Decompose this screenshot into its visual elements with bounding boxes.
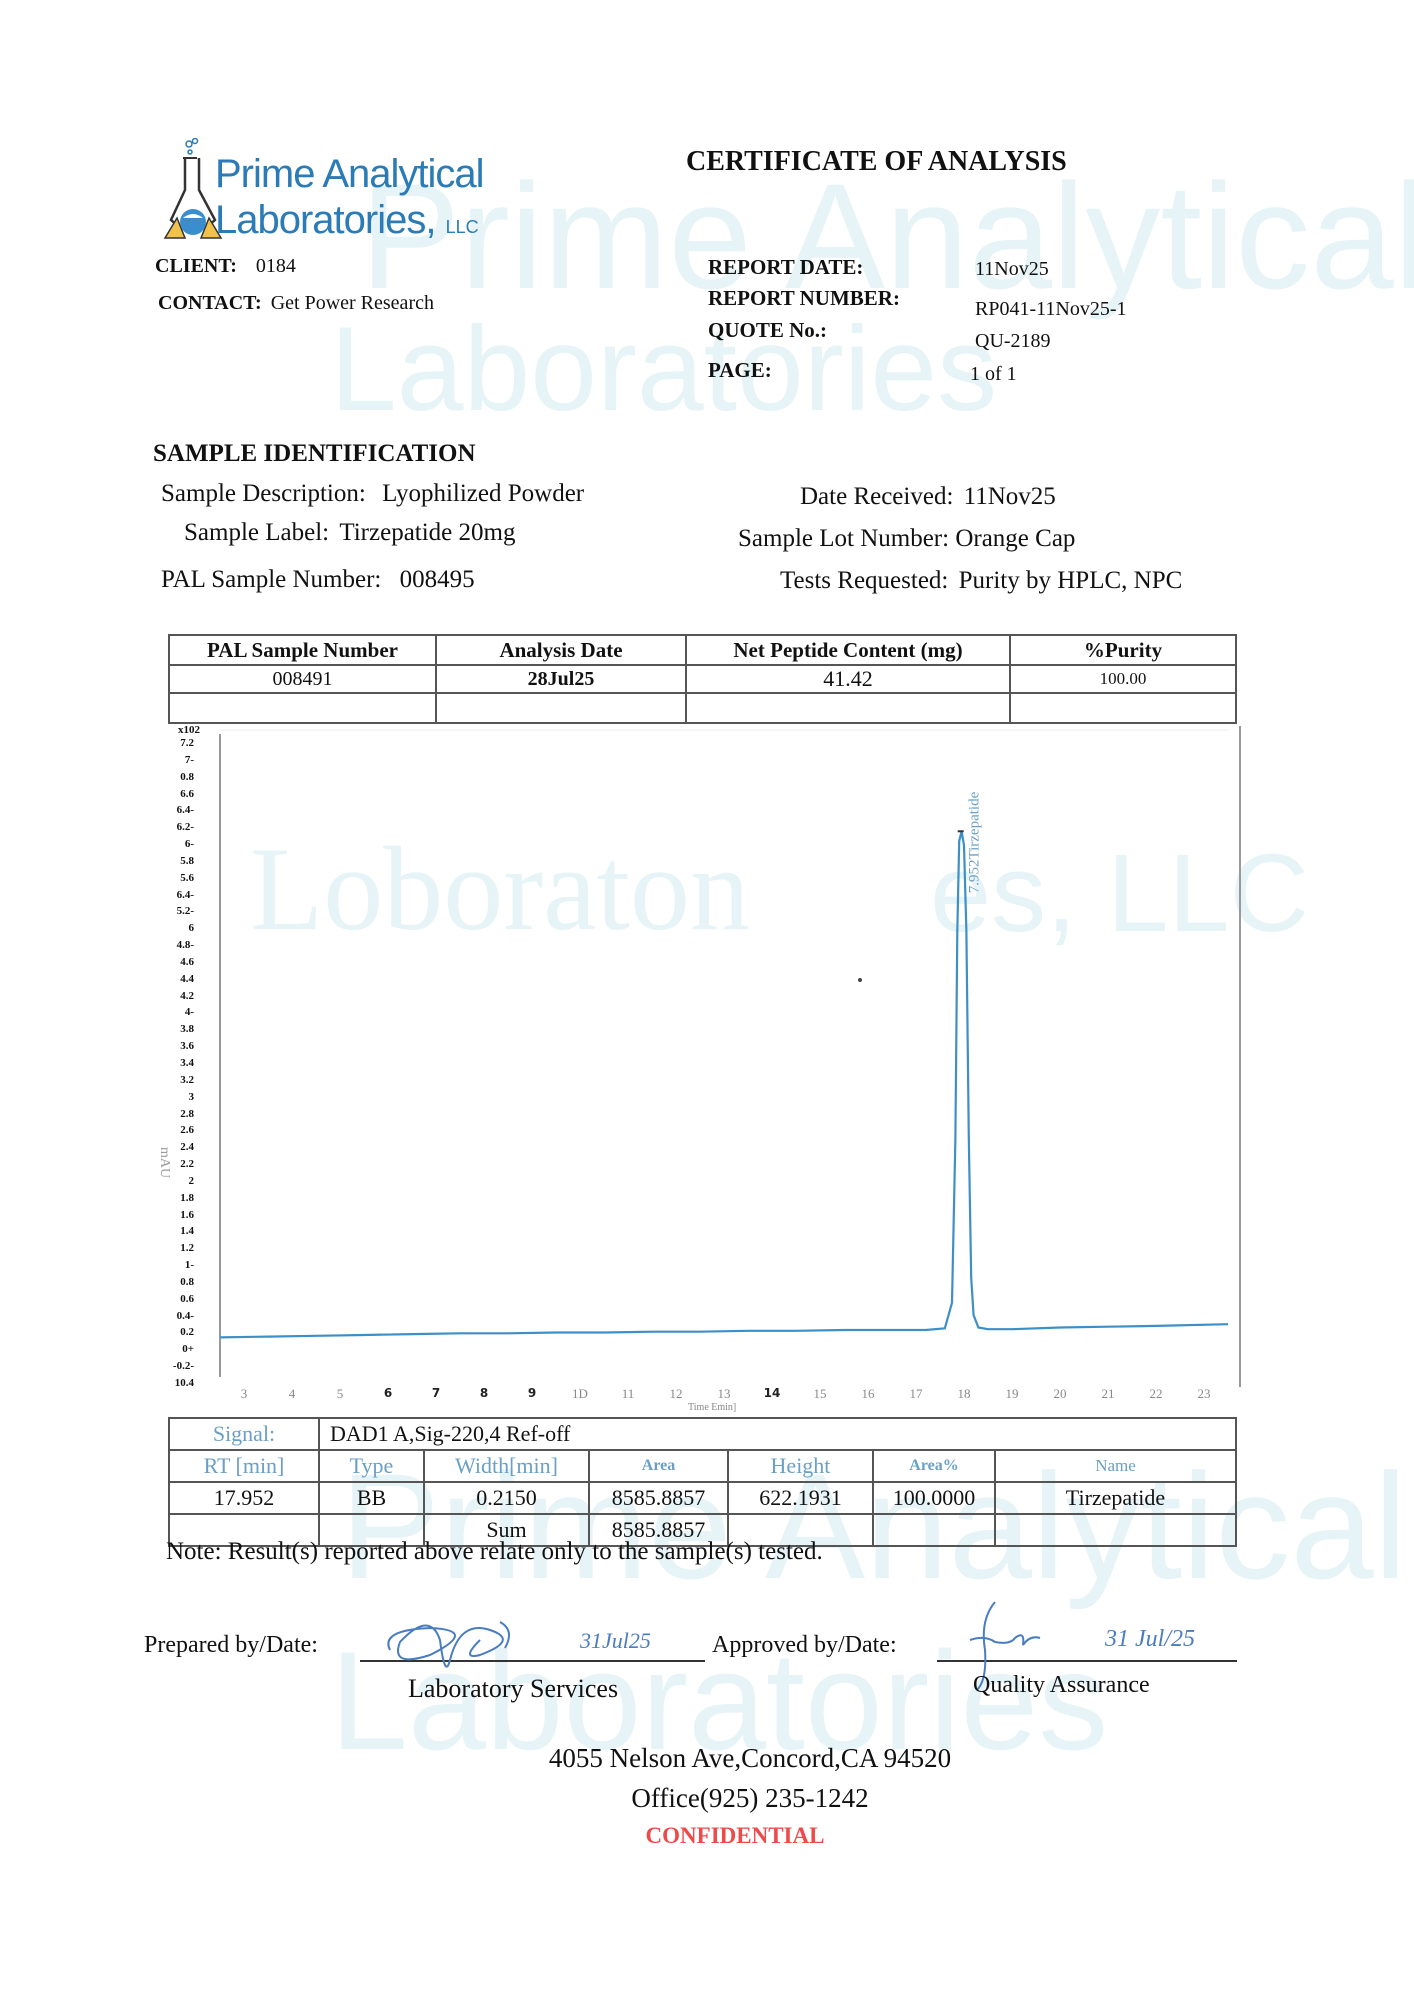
pal-sample-number-label: PAL Sample Number: [161, 566, 381, 593]
approved-date: 31 Jul/25 [1105, 1626, 1195, 1653]
sample-lot-value: Orange Cap [955, 525, 1075, 552]
header-rt: RT [min] [169, 1450, 319, 1482]
sample-description-value: Lyophilized Powder [382, 480, 584, 507]
approved-by-label: Approved by/Date: [712, 1632, 897, 1659]
header-height: Height [728, 1450, 873, 1482]
cell-analysis-date: 28Jul25 [436, 665, 686, 693]
x-tick-label: 13 [718, 1386, 731, 1402]
table-row [169, 693, 1236, 723]
company-logo: Prime Analytical Laboratories, LLC [163, 138, 463, 250]
quote-value: QU-2189 [975, 330, 1051, 353]
peak-table-header: RT [min] Type Width[min] Area Height Are… [169, 1450, 1236, 1482]
x-tick-label: 22 [1150, 1386, 1163, 1402]
cell-purity: 100.00 [1010, 665, 1236, 693]
sample-lot-label: Sample Lot Number: [738, 525, 949, 552]
client-value: 0184 [256, 255, 296, 277]
sample-description: Sample Description: Lyophilized Powder [161, 480, 584, 508]
approved-role: Quality Assurance [973, 1672, 1150, 1699]
prepared-signature-icon [370, 1600, 570, 1680]
logo-line2-text: Laboratories, [215, 198, 435, 242]
cell-area: 8585.8857 [589, 1482, 728, 1514]
cell-rt: 17.952 [169, 1482, 319, 1514]
pal-sample-number-value: 008495 [400, 566, 475, 593]
page-value: 1 of 1 [970, 363, 1017, 386]
x-tick-label: 1D [572, 1386, 588, 1402]
logo-suffix: LLC [446, 217, 479, 237]
x-tick-label: 11 [622, 1386, 635, 1402]
x-tick-label: 12 [670, 1386, 683, 1402]
x-tick-label: 8 [480, 1386, 488, 1400]
report-number-value: RP041-11Nov25-1 [975, 298, 1126, 321]
header-net-peptide-content: Net Peptide Content (mg) [686, 635, 1010, 665]
x-tick-label: 17 [910, 1386, 923, 1402]
header-width: Width[min] [424, 1450, 589, 1482]
x-tick-label: 5 [337, 1386, 344, 1402]
report-date-value: 11Nov25 [975, 258, 1049, 281]
x-tick-label: 7 [432, 1386, 440, 1400]
x-tick-label: 18 [958, 1386, 971, 1402]
date-received: Date Received: 11Nov25 [800, 483, 1056, 511]
sample-lot-number: Sample Lot Number: Orange Cap [738, 525, 1075, 553]
signal-label: Signal: [169, 1418, 319, 1450]
report-date-label: REPORT DATE: [708, 255, 863, 280]
x-tick-label: 9 [528, 1386, 536, 1400]
cell-name: Tirzepatide [995, 1482, 1236, 1514]
sample-identification-heading: SAMPLE IDENTIFICATION [153, 440, 476, 468]
quote-label: QUOTE No.: [708, 318, 827, 343]
contact-row: CONTACT: Get Power Research [158, 292, 434, 315]
footer-address: 4055 Nelson Ave,Concord,CA 94520 [0, 1743, 1414, 1774]
results-table: PAL Sample Number Analysis Date Net Pept… [168, 634, 1237, 724]
x-tick-label: 15 [814, 1386, 827, 1402]
results-note: Note: Result(s) reported above relate on… [166, 1538, 823, 1566]
cell-width: 0.2150 [424, 1482, 589, 1514]
signal-value: DAD1 A,Sig-220,4 Ref-off [319, 1418, 1236, 1450]
tests-requested: Tests Requested: Purity by HPLC, NPC [780, 567, 1182, 595]
header-purity: %Purity [1010, 635, 1236, 665]
cell-empty [873, 1514, 995, 1546]
cell-empty [169, 693, 436, 723]
client-label: CLIENT: [155, 255, 237, 277]
contact-label: CONTACT: [158, 292, 262, 314]
report-number-label: REPORT NUMBER: [708, 286, 900, 311]
date-received-value: 11Nov25 [964, 483, 1056, 510]
header-area: Area [589, 1450, 728, 1482]
results-table-header: PAL Sample Number Analysis Date Net Pept… [169, 635, 1236, 665]
footer-phone: Office(925) 235-1242 [0, 1783, 1414, 1814]
header-area-percent: Area% [873, 1450, 995, 1482]
table-row: 008491 28Jul25 41.42 100.00 [169, 665, 1236, 693]
cell-empty [1010, 693, 1236, 723]
sample-description-label: Sample Description: [161, 480, 366, 507]
date-received-label: Date Received: [800, 483, 953, 510]
client-row: CLIENT: 0184 [155, 255, 296, 278]
logo-line1: Prime Analytical [215, 152, 484, 197]
cell-empty [995, 1514, 1236, 1546]
x-axis-label: Time Emin] [688, 1402, 736, 1413]
table-row: 17.952 BB 0.2150 8585.8857 622.1931 100.… [169, 1482, 1236, 1514]
tests-requested-value: Purity by HPLC, NPC [959, 567, 1183, 594]
logo-line2: Laboratories, LLC [215, 198, 479, 243]
watermark-top-2: Laboratories [330, 300, 997, 438]
cell-type: BB [319, 1482, 424, 1514]
cell-height: 622.1931 [728, 1482, 873, 1514]
pal-sample-number: PAL Sample Number: 008495 [161, 566, 475, 594]
header-analysis-date: Analysis Date [436, 635, 686, 665]
tests-requested-label: Tests Requested: [780, 567, 948, 594]
cell-empty [686, 693, 1010, 723]
cell-pal-sample-number: 008491 [169, 665, 436, 693]
x-axis-ticks: 34567891D11121314151617181920212223 [160, 1382, 1240, 1402]
cell-empty [436, 693, 686, 723]
x-tick-label: 3 [241, 1386, 248, 1402]
peak-annotation: 7.952Tirzepatide [967, 791, 983, 893]
x-tick-label: 21 [1102, 1386, 1115, 1402]
chromatogram: x102 7.27-0.86.66.4-6.2-6-5.85.66.4-5.2-… [160, 722, 1240, 1412]
prepared-by-label: Prepared by/Date: [144, 1632, 318, 1659]
x-tick-label: 16 [862, 1386, 875, 1402]
sample-label-value: Tirzepatide 20mg [339, 519, 515, 546]
signal-row: Signal: DAD1 A,Sig-220,4 Ref-off [169, 1418, 1236, 1450]
x-tick-label: 23 [1198, 1386, 1211, 1402]
cell-area-percent: 100.0000 [873, 1482, 995, 1514]
x-tick-label: 4 [289, 1386, 296, 1402]
page-label: PAGE: [708, 358, 772, 383]
header-type: Type [319, 1450, 424, 1482]
sample-label-label: Sample Label: [184, 519, 329, 546]
x-tick-label: 19 [1006, 1386, 1019, 1402]
prepared-role: Laboratory Services [408, 1674, 618, 1704]
chromatogram-plot: 7.952Tirzepatide [160, 722, 1240, 1412]
peak-table: Signal: DAD1 A,Sig-220,4 Ref-off RT [min… [168, 1417, 1237, 1547]
chromatogram-trace [220, 831, 1228, 1337]
document-title: CERTIFICATE OF ANALYSIS [686, 146, 1067, 178]
x-tick-label: 14 [764, 1386, 781, 1400]
sample-label: Sample Label: Tirzepatide 20mg [184, 519, 515, 547]
contact-value: Get Power Research [271, 292, 434, 314]
x-tick-label: 6 [384, 1386, 392, 1400]
confidential-label: CONFIDENTIAL [0, 1823, 1414, 1849]
header-name: Name [995, 1450, 1236, 1482]
cell-net-peptide-content: 41.42 [686, 665, 1010, 693]
x-tick-label: 20 [1054, 1386, 1067, 1402]
header-pal-sample-number: PAL Sample Number [169, 635, 436, 665]
prepared-date: 31Jul25 [580, 1628, 651, 1654]
